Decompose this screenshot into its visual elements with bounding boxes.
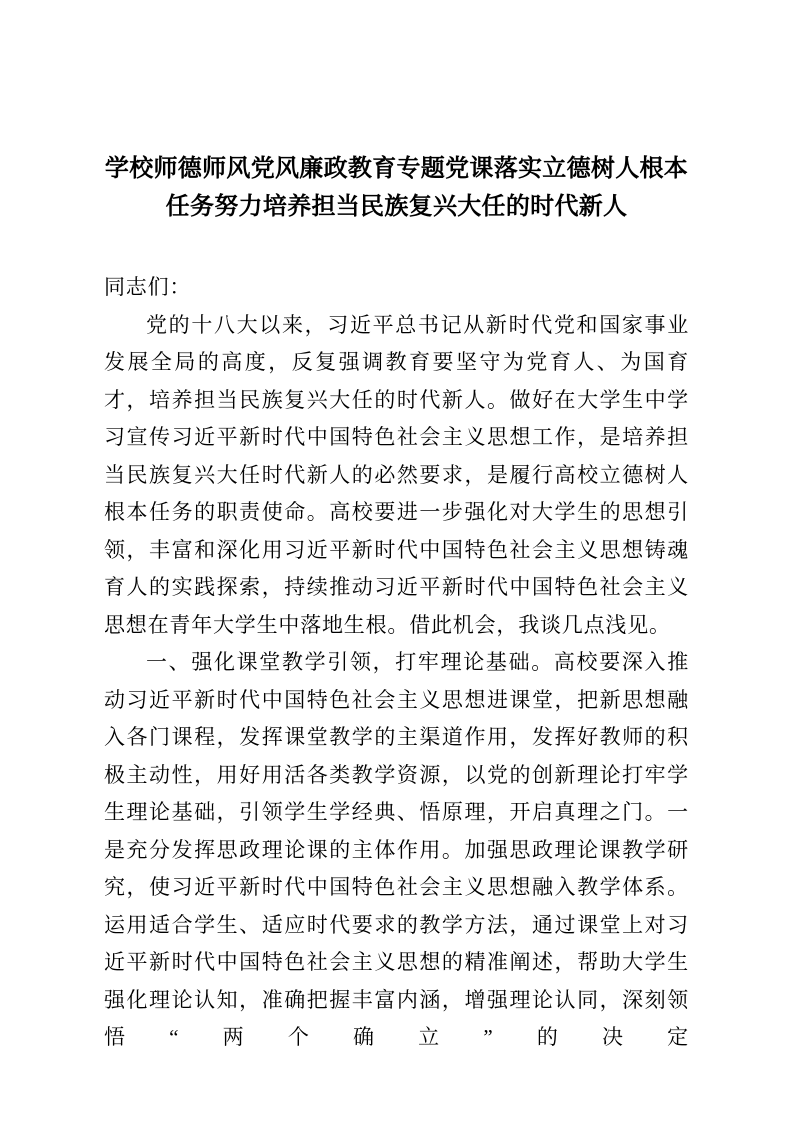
paragraph-intro: 党的十八大以来，习近平总书记从新时代党和国家事业发展全局的高度，反复强调教育要坚… (104, 307, 689, 645)
paragraph-section-1: 一、强化课堂教学引领，打牢理论基础。高校要深入推动习近平新时代中国特色社会主义思… (104, 644, 689, 1057)
title-line-2: 任务努力培养担当民族复兴大任的时代新人 (104, 188, 689, 226)
title-line-1: 学校师德师风党风廉政教育专题党课落实立德树人根本 (104, 150, 689, 188)
document-body: 同志们： 党的十八大以来，习近平总书记从新时代党和国家事业发展全局的高度，反复强… (104, 269, 689, 1057)
document-title: 学校师德师风党风廉政教育专题党课落实立德树人根本 任务努力培养担当民族复兴大任的… (104, 150, 689, 226)
salutation: 同志们： (104, 269, 689, 307)
document-page: 学校师德师风党风廉政教育专题党课落实立德树人根本 任务努力培养担当民族复兴大任的… (0, 0, 793, 1122)
